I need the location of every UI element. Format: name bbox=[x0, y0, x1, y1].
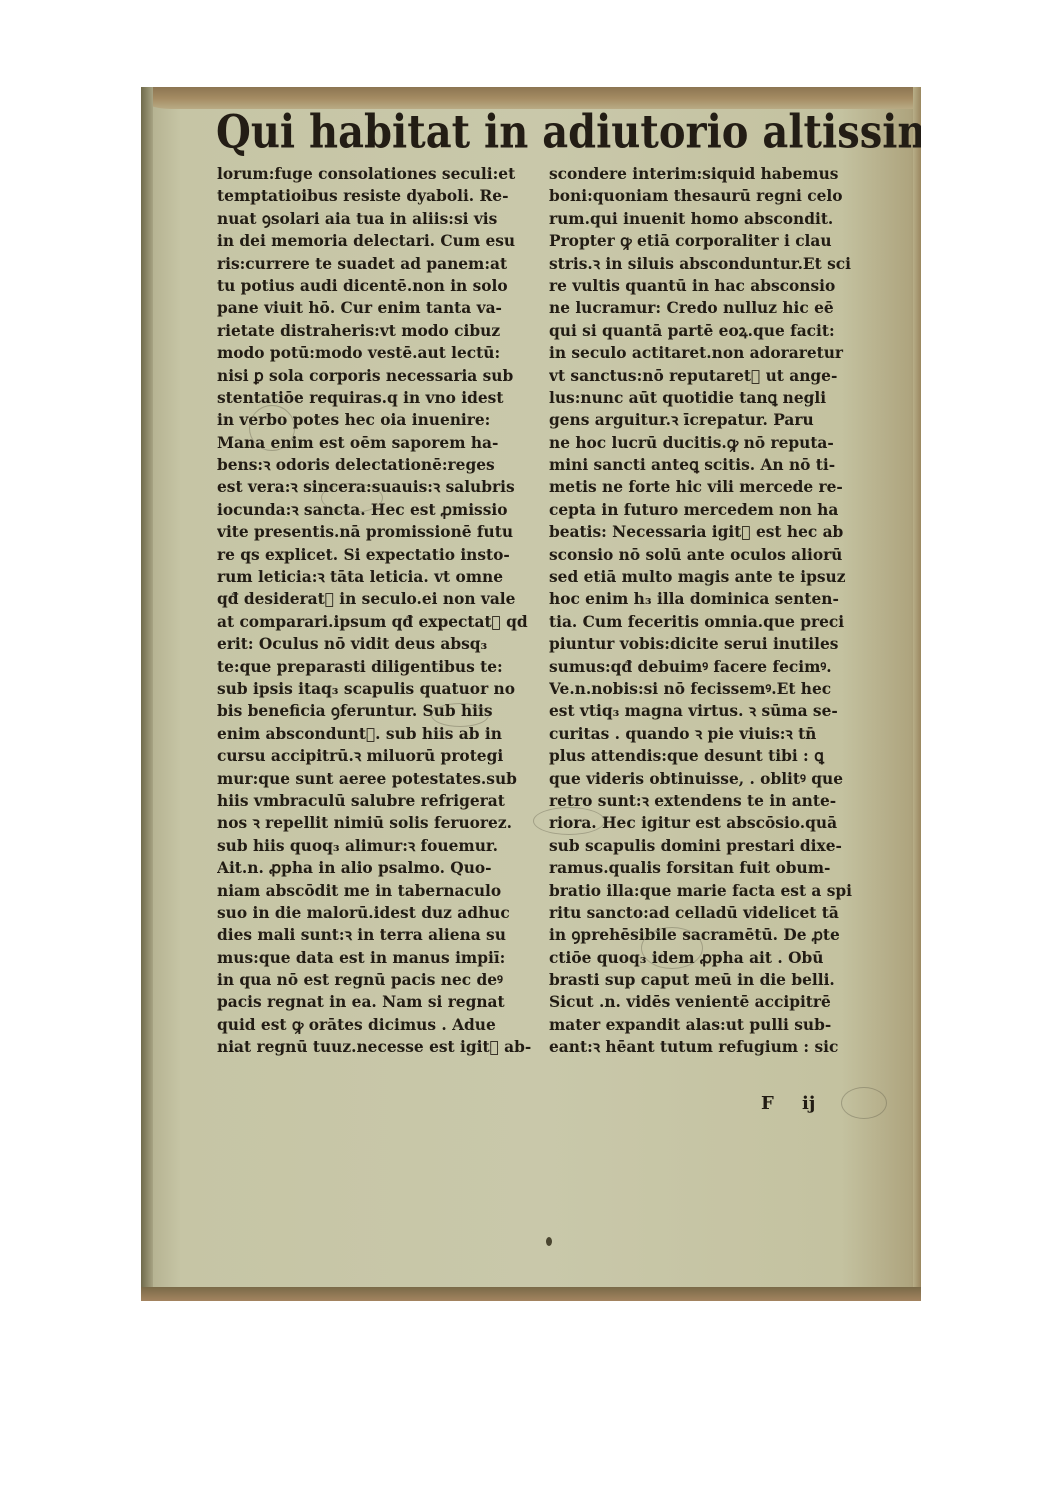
text-line: retro sunt:ꝛ extendens te in ante- bbox=[549, 790, 879, 812]
text-line: modo potū:modo vestē.aut lectū: bbox=[217, 342, 537, 364]
text-line: que videris obtinuisse, . oblitꝰ que bbox=[549, 768, 879, 790]
text-line: Propter ꝙ etiā corporaliter i clau bbox=[549, 230, 879, 252]
text-line: rietate distraheris:vt modo cibuz bbox=[217, 320, 537, 342]
text-line: mater expandit alas:ut pulli sub- bbox=[549, 1014, 879, 1036]
text-line: ctiōe quoq₃ idem ꝓpha ait . Obū bbox=[549, 947, 879, 969]
stamp-mark bbox=[841, 1087, 887, 1119]
scanned-page: Qui habitat in adiutorio altissimi: loru… bbox=[141, 87, 921, 1301]
text-line: sed etiā multo magis ante te ipsuz bbox=[549, 566, 879, 588]
text-line: Mana enim est oēm saporem ha- bbox=[217, 432, 537, 454]
text-line: mur:que sunt aeree potestates.sub bbox=[217, 768, 537, 790]
text-line: cepta in futuro mercedem non ha bbox=[549, 499, 879, 521]
text-line: brasti sup caput meū in die belli. bbox=[549, 969, 879, 991]
text-line: in dei memoria delectari. Cum esu bbox=[217, 230, 537, 252]
text-line: vite presentis.nā promissionē futu bbox=[217, 521, 537, 543]
text-line: sumus:qđ debuimꝰ facere fecimꝰ. bbox=[549, 656, 879, 678]
text-line: pacis regnat in ea. Nam si regnat bbox=[217, 991, 537, 1013]
text-line: rum.qui inuenit homo abscondit. bbox=[549, 208, 879, 230]
text-line: ritu sancto:ad celladū videlicet tā bbox=[549, 902, 879, 924]
text-line: riora. Hec igitur est abscōsio.quā bbox=[549, 812, 879, 834]
text-line: hoc enim h₃ illa dominica senten- bbox=[549, 588, 879, 610]
text-line: curitas . quando ꝛ pie viuis:ꝛ tn̄ bbox=[549, 723, 879, 745]
text-line: suo in die malorū.idest duz adhuc bbox=[217, 902, 537, 924]
text-line: qui si quantā partē eoꝝ.que facit: bbox=[549, 320, 879, 342]
text-column-left: lorum:fuge consolationes seculi:ettempta… bbox=[217, 163, 537, 1059]
text-line: sub ipsis itaq₃ scapulis quatuor no bbox=[217, 678, 537, 700]
running-head: Qui habitat in adiutorio altissimi: bbox=[216, 105, 856, 159]
text-line: plus attendis:que desunt tibi : ꝗ bbox=[549, 745, 879, 767]
text-line: mini sancti anteꝗ scitis. An nō ti- bbox=[549, 454, 879, 476]
text-line: ne lucramur: Credo nulluz hic eē bbox=[549, 297, 879, 319]
text-line: erit: Oculus nō vidit deus absq₃ bbox=[217, 633, 537, 655]
text-column-right: scondere interim:siquid habemusboni:quon… bbox=[549, 163, 879, 1059]
text-line: est vtiq₃ magna virtus. ꝛ sūma se- bbox=[549, 700, 879, 722]
text-line: boni:quoniam thesaurū regni celo bbox=[549, 185, 879, 207]
binding-edge-bottom bbox=[141, 1287, 921, 1301]
text-line: lus:nunc aūt quotidie tanꝗ negli bbox=[549, 387, 879, 409]
text-line: metis ne forte hic vili mercede re- bbox=[549, 476, 879, 498]
text-line: sub hiis quoq₃ alimur:ꝛ fouemur. bbox=[217, 835, 537, 857]
binding-edge-left bbox=[141, 87, 153, 1301]
page-edge-right bbox=[913, 87, 921, 1301]
text-line: ramus.qualis forsitan fuit obum- bbox=[549, 857, 879, 879]
text-line: cursu accipitrū.ꝛ miluorū protegi bbox=[217, 745, 537, 767]
text-line: enim absconduntᷣ. sub hiis ab in bbox=[217, 723, 537, 745]
text-line: nisi ꝑ sola corporis necessaria sub bbox=[217, 365, 537, 387]
text-line: tu potius audi dicentē.non in solo bbox=[217, 275, 537, 297]
text-line: niat regnū tuuz.necesse est igitᷣ ab- bbox=[217, 1036, 537, 1058]
text-line: quid est ꝙ orātes dicimus . Adue bbox=[217, 1014, 537, 1036]
text-line: vt sanctus:nō reputaretᷣ ut ange- bbox=[549, 365, 879, 387]
text-line: te:que preparasti diligentibus te: bbox=[217, 656, 537, 678]
text-line: at comparari.ipsum qđ expectatᷣ qd bbox=[217, 611, 537, 633]
text-line: hiis vmbraculū salubre refrigerat bbox=[217, 790, 537, 812]
text-line: in seculo actitaret.non adoraretur bbox=[549, 342, 879, 364]
text-line: piuntur vobis:dicite serui inutiles bbox=[549, 633, 879, 655]
text-line: re qs explicet. Si expectatio insto- bbox=[217, 544, 537, 566]
text-line: nuat ꝯsolari aia tua in aliis:si vis bbox=[217, 208, 537, 230]
text-line: scondere interim:siquid habemus bbox=[549, 163, 879, 185]
text-line: qđ desideratᷣ in seculo.ei non vale bbox=[217, 588, 537, 610]
text-line: ris:currere te suadet ad panem:at bbox=[217, 253, 537, 275]
text-line: stentatiōe requiras.q in vno idest bbox=[217, 387, 537, 409]
text-line: est vera:ꝛ sincera:suauis:ꝛ salubris bbox=[217, 476, 537, 498]
text-line: bens:ꝛ odoris delectationē:reges bbox=[217, 454, 537, 476]
text-line: pane viuit hō. Cur enim tanta va- bbox=[217, 297, 537, 319]
text-line: niam abscōdit me in tabernaculo bbox=[217, 880, 537, 902]
text-line: sub scapulis domini prestari dixe- bbox=[549, 835, 879, 857]
ink-spot bbox=[546, 1237, 552, 1246]
text-line: in qua nō est regnū pacis nec deꝰ bbox=[217, 969, 537, 991]
text-line: Ve.n.nobis:si nō fecissemꝰ.Et hec bbox=[549, 678, 879, 700]
text-line: re vultis quantū in hac absconsio bbox=[549, 275, 879, 297]
text-line: Sicut .n. vidēs venientē accipitrē bbox=[549, 991, 879, 1013]
text-line: gens arguitur.ꝛ īcrepatur. Paru bbox=[549, 409, 879, 431]
text-line: dies mali sunt:ꝛ in terra aliena su bbox=[217, 924, 537, 946]
text-line: tia. Cum feceritis omnia.que preci bbox=[549, 611, 879, 633]
text-line: in verbo potes hec oia inuenire: bbox=[217, 409, 537, 431]
text-line: rum leticia:ꝛ tāta leticia. vt omne bbox=[217, 566, 537, 588]
text-line: temptatioibus resiste dyaboli. Re- bbox=[217, 185, 537, 207]
text-line: ne hoc lucrū ducitis.ꝙ nō reputa- bbox=[549, 432, 879, 454]
text-line: bratio illa:que marie facta est a spi bbox=[549, 880, 879, 902]
text-line: in ꝯprehēsibile sacramētū. De ꝓte bbox=[549, 924, 879, 946]
text-line: beatis: Necessaria igitᷣ est hec ab bbox=[549, 521, 879, 543]
text-line: Ait.n. ꝓpha in alio psalmo. Quo- bbox=[217, 857, 537, 879]
text-line: eant:ꝛ hēant tutum refugium : sic bbox=[549, 1036, 879, 1058]
text-line: bis beneficia ꝯferuntur. Sub hiis bbox=[217, 700, 537, 722]
text-line: mus:que data est in manus impiī: bbox=[217, 947, 537, 969]
text-line: iocunda:ꝛ sancta. Hec est ꝓmissio bbox=[217, 499, 537, 521]
text-line: sconsio nō solū ante oculos aliorū bbox=[549, 544, 879, 566]
signature-mark: F ij bbox=[761, 1093, 815, 1114]
text-line: nos ꝛ repellit nimiū solis feruorez. bbox=[217, 812, 537, 834]
text-line: stris.ꝛ in siluis absconduntur.Et sci bbox=[549, 253, 879, 275]
text-line: lorum:fuge consolationes seculi:et bbox=[217, 163, 537, 185]
